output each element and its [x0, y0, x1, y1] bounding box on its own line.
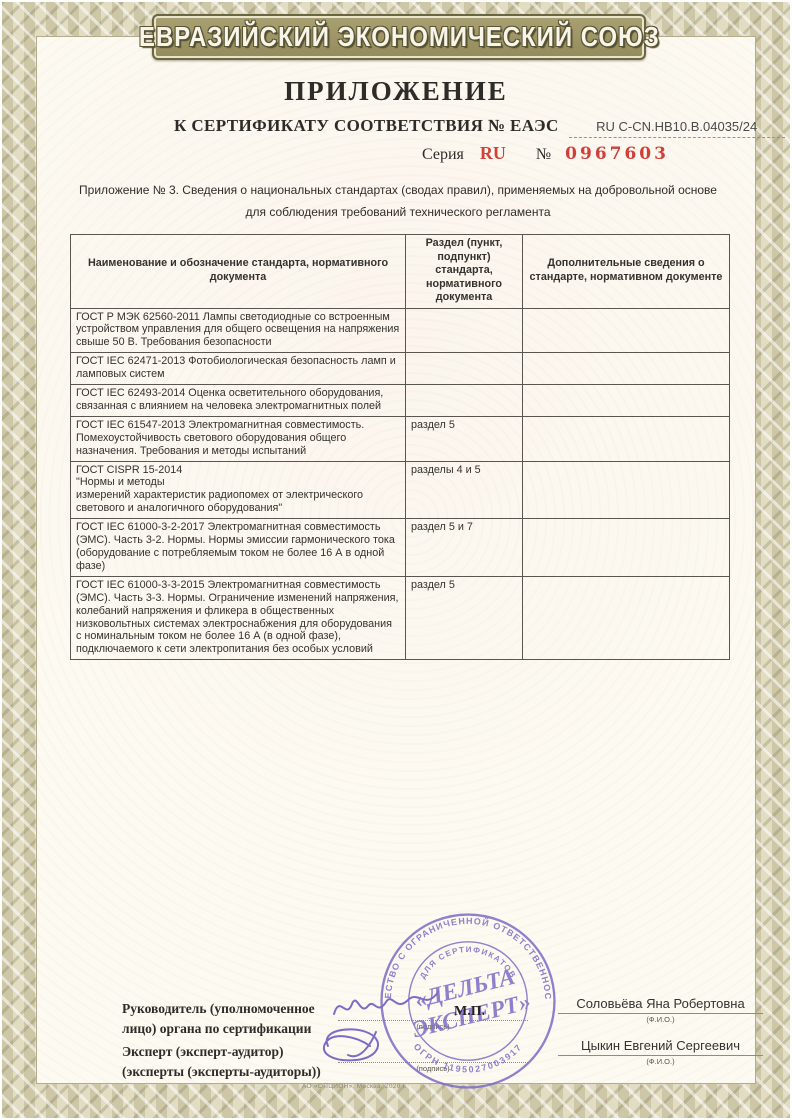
standard-name: ГОСТ IEC 62493-2014 Оценка осветительног… [71, 385, 406, 417]
table-row: ГОСТ IEC 62493-2014 Оценка осветительног… [71, 385, 730, 417]
certificate-page: ЕВРАЗИЙСКИЙ ЭКОНОМИЧЕСКИЙ СОЮЗ ПРИЛОЖЕНИ… [0, 0, 792, 1120]
stamp-ring-bottom-text: ОГРН 1195027003917 [412, 1041, 525, 1074]
appendix-note-line1: Приложение № 3. Сведения о национальных … [72, 179, 724, 201]
standard-section: раздел 5 [406, 416, 523, 461]
standard-name: ГОСТ IEC 62471-2013 Фотобиологическая бе… [71, 353, 406, 385]
table-row: ГОСТ IEC 61547-2013 Электромагнитная сов… [71, 416, 730, 461]
standard-section: раздел 5 и 7 [406, 519, 523, 577]
head-name-slot: Соловьёва Яна Робертовна (Ф.И.О.) [558, 996, 763, 1024]
table-row: ГОСТ CISPR 15-2014 "Нормы и методы измер… [71, 461, 730, 519]
col-header-section: Раздел (пункт, подпункт) стандарта, норм… [406, 235, 523, 309]
expert-signature-ink-icon [312, 1022, 408, 1068]
svg-text:ОГРН 1195027003917: ОГРН 1195027003917 [412, 1041, 525, 1074]
standard-name: ГОСТ IEC 61000-3-2-2017 Электромагнитная… [71, 519, 406, 577]
certificate-number: RU C-CN.HB10.B.04035/24 [569, 119, 785, 138]
series-value: RU [480, 143, 506, 164]
standard-extra [523, 385, 730, 417]
number-sign: № [536, 146, 551, 164]
standard-extra [523, 308, 730, 353]
col-header-standard: Наименование и обозначение стандарта, но… [71, 235, 406, 309]
head-signature-ink-icon [330, 986, 442, 1026]
expert-name: Цыкин Евгений Сергеевич [558, 1038, 763, 1056]
table-row: ГОСТ Р МЭК 62560-2011 Лампы светодиодные… [71, 308, 730, 353]
standard-extra [523, 519, 730, 577]
blank-number: 0967603 [565, 144, 669, 164]
standard-name: ГОСТ Р МЭК 62560-2011 Лампы светодиодные… [71, 308, 406, 353]
head-name: Соловьёва Яна Робертовна [558, 996, 763, 1014]
standard-extra [523, 416, 730, 461]
standard-section: раздел 5 [406, 576, 523, 659]
standard-section [406, 353, 523, 385]
col-header-extra: Дополнительные сведения о стандарте, нор… [523, 235, 730, 309]
series-row: Серия RU № 0967603 [422, 143, 669, 164]
certificate-subtitle: К СЕРТИФИКАТУ СООТВЕТСТВИЯ № ЕАЭС [174, 116, 559, 136]
fio-caption: (Ф.И.О.) [558, 1014, 763, 1024]
expert-name-slot: Цыкин Евгений Сергеевич (Ф.И.О.) [558, 1038, 763, 1066]
fio-caption: (Ф.И.О.) [558, 1056, 763, 1066]
union-banner: ЕВРАЗИЙСКИЙ ЭКОНОМИЧЕСКИЙ СОЮЗ [152, 14, 646, 60]
table-row: ГОСТ IEC 62471-2013 Фотобиологическая бе… [71, 353, 730, 385]
standard-section: разделы 4 и 5 [406, 461, 523, 519]
table-row: ГОСТ IEC 61000-3-2-2017 Электромагнитная… [71, 519, 730, 577]
standard-section [406, 385, 523, 417]
subtitle-row: К СЕРТИФИКАТУ СООТВЕТСТВИЯ № ЕАЭС RU C-C… [174, 116, 785, 138]
union-banner-text: ЕВРАЗИЙСКИЙ ЭКОНОМИЧЕСКИЙ СОЮЗ [139, 21, 660, 53]
standard-extra [523, 461, 730, 519]
standard-extra [523, 353, 730, 385]
table-header-row: Наименование и обозначение стандарта, но… [71, 235, 730, 309]
standard-name: ГОСТ IEC 61000-3-3-2015 Электромагнитная… [71, 576, 406, 659]
table-row: ГОСТ IEC 61000-3-3-2015 Электромагнитная… [71, 576, 730, 659]
page-title: ПРИЛОЖЕНИЕ [2, 76, 790, 107]
standard-name: ГОСТ CISPR 15-2014 "Нормы и методы измер… [71, 461, 406, 519]
appendix-note-line2: для соблюдения требований технического р… [72, 201, 724, 223]
appendix-note: Приложение № 3. Сведения о национальных … [72, 179, 724, 223]
seal-place-label: М.П. [454, 1004, 485, 1020]
standard-extra [523, 576, 730, 659]
standards-table: Наименование и обозначение стандарта, но… [70, 234, 730, 660]
standard-section [406, 308, 523, 353]
series-label: Серия [422, 146, 464, 164]
standard-name: ГОСТ IEC 61547-2013 Электромагнитная сов… [71, 416, 406, 461]
